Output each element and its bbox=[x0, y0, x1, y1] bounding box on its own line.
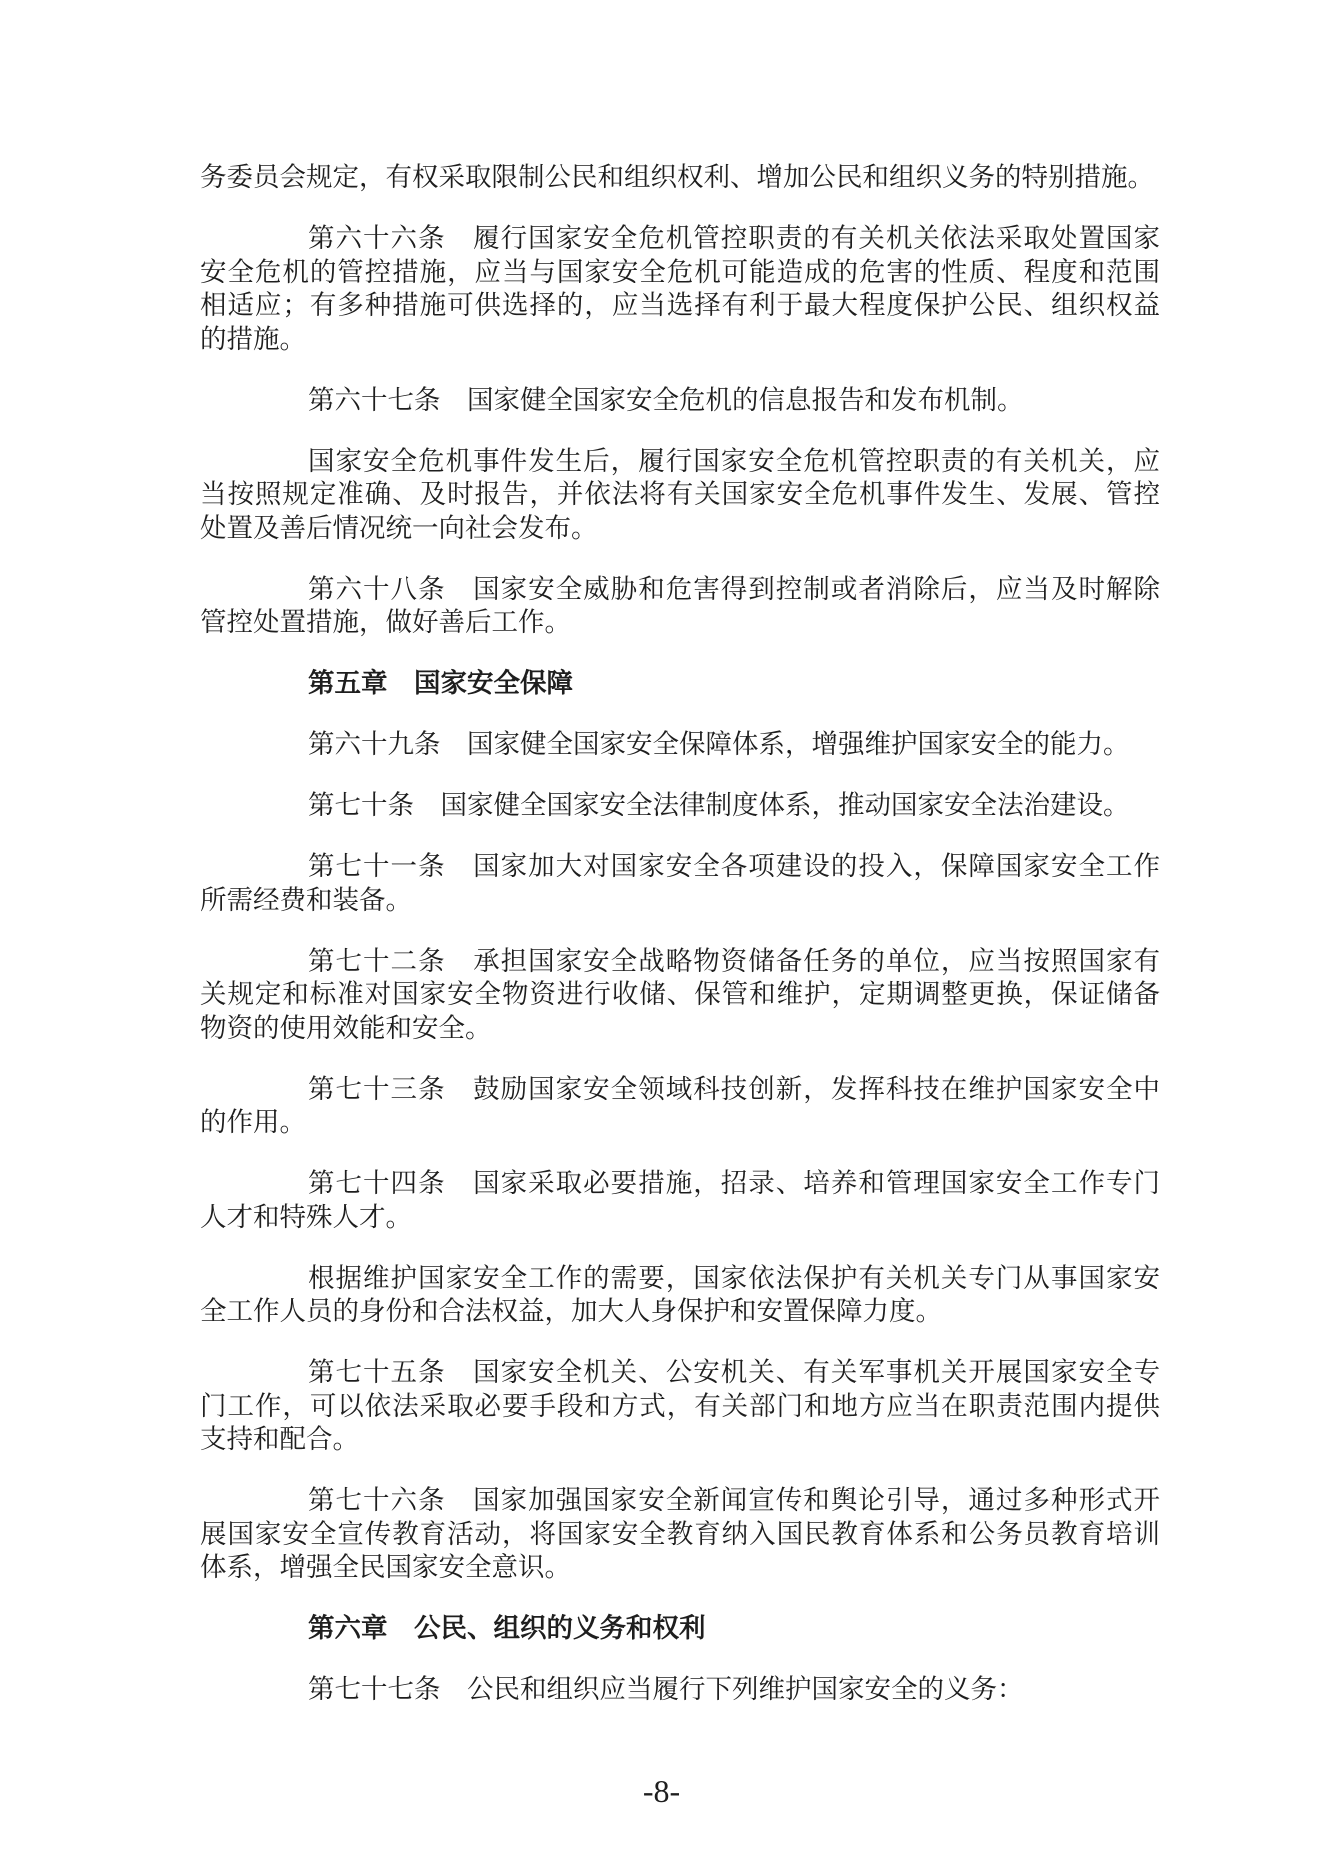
text-line: 展国家安全宣传教育活动，将国家安全教育纳入国民教育体系和公务员教育培训 bbox=[200, 1518, 1160, 1552]
text-line: 第七十四条 国家采取必要措施，招录、培养和管理国家安全工作专门 bbox=[200, 1167, 1160, 1201]
text-line: 人才和特殊人才。 bbox=[200, 1201, 1160, 1235]
paragraph-article-66: 第六十六条 履行国家安全危机管控职责的有关机关依法采取处置国家 安全危机的管控措… bbox=[200, 222, 1160, 356]
text-line: 全工作人员的身份和合法权益，加大人身保护和安置保障力度。 bbox=[200, 1295, 1160, 1329]
paragraph-article-76: 第七十六条 国家加强国家安全新闻宣传和舆论引导，通过多种形式开 展国家安全宣传教… bbox=[200, 1484, 1160, 1585]
text-line: 物资的使用效能和安全。 bbox=[200, 1012, 1160, 1046]
paragraph-article-71: 第七十一条 国家加大对国家安全各项建设的投入，保障国家安全工作 所需经费和装备。 bbox=[200, 850, 1160, 917]
paragraph-article-75: 第七十五条 国家安全机关、公安机关、有关军事机关开展国家安全专 门工作，可以依法… bbox=[200, 1356, 1160, 1457]
text-line: 第七十六条 国家加强国家安全新闻宣传和舆论引导，通过多种形式开 bbox=[200, 1484, 1160, 1518]
paragraph-article-74: 第七十四条 国家采取必要措施，招录、培养和管理国家安全工作专门 人才和特殊人才。 bbox=[200, 1167, 1160, 1234]
text-line: 务委员会规定，有权采取限制公民和组织权利、增加公民和组织义务的特别措施。 bbox=[200, 161, 1160, 195]
chapter-heading-text: 第五章 国家安全保障 bbox=[200, 667, 1160, 701]
text-line: 第七十七条 公民和组织应当履行下列维护国家安全的义务： bbox=[200, 1673, 1160, 1707]
text-line: 的措施。 bbox=[200, 323, 1160, 357]
text-line: 管控处置措施，做好善后工作。 bbox=[200, 606, 1160, 640]
paragraph-article-68: 第六十八条 国家安全威胁和危害得到控制或者消除后，应当及时解除 管控处置措施，做… bbox=[200, 573, 1160, 640]
paragraph-article-67: 第六十七条 国家健全国家安全危机的信息报告和发布机制。 bbox=[200, 384, 1160, 418]
text-line: 第六十六条 履行国家安全危机管控职责的有关机关依法采取处置国家 bbox=[200, 222, 1160, 256]
page-number: -8- bbox=[0, 1772, 1323, 1810]
text-line: 第六十九条 国家健全国家安全保障体系，增强维护国家安全的能力。 bbox=[200, 728, 1160, 762]
chapter-heading-6: 第六章 公民、组织的义务和权利 bbox=[200, 1612, 1160, 1646]
text-line: 支持和配合。 bbox=[200, 1423, 1160, 1457]
text-line: 第七十条 国家健全国家安全法律制度体系，推动国家安全法治建设。 bbox=[200, 789, 1160, 823]
text-line: 国家安全危机事件发生后，履行国家安全危机管控职责的有关机关，应 bbox=[200, 445, 1160, 479]
text-line: 安全危机的管控措施，应当与国家安全危机可能造成的危害的性质、程度和范围 bbox=[200, 256, 1160, 290]
text-line: 当按照规定准确、及时报告，并依法将有关国家安全危机事件发生、发展、管控 bbox=[200, 478, 1160, 512]
text-line: 相适应；有多种措施可供选择的，应当选择有利于最大程度保护公民、组织权益 bbox=[200, 289, 1160, 323]
paragraph-article-77: 第七十七条 公民和组织应当履行下列维护国家安全的义务： bbox=[200, 1673, 1160, 1707]
text-line: 第七十三条 鼓励国家安全领域科技创新，发挥科技在维护国家安全中 bbox=[200, 1073, 1160, 1107]
text-line: 的作用。 bbox=[200, 1106, 1160, 1140]
chapter-heading-text: 第六章 公民、组织的义务和权利 bbox=[200, 1612, 1160, 1646]
paragraph-article-70: 第七十条 国家健全国家安全法律制度体系，推动国家安全法治建设。 bbox=[200, 789, 1160, 823]
document-page: 务委员会规定，有权采取限制公民和组织权利、增加公民和组织义务的特别措施。 第六十… bbox=[0, 0, 1323, 1871]
text-line: 第七十二条 承担国家安全战略物资储备任务的单位，应当按照国家有 bbox=[200, 945, 1160, 979]
text-line: 根据维护国家安全工作的需要，国家依法保护有关机关专门从事国家安 bbox=[200, 1262, 1160, 1296]
text-line: 第七十一条 国家加大对国家安全各项建设的投入，保障国家安全工作 bbox=[200, 850, 1160, 884]
text-line: 处置及善后情况统一向社会发布。 bbox=[200, 512, 1160, 546]
text-line: 关规定和标准对国家安全物资进行收储、保管和维护，定期调整更换，保证储备 bbox=[200, 978, 1160, 1012]
chapter-heading-5: 第五章 国家安全保障 bbox=[200, 667, 1160, 701]
text-line: 所需经费和装备。 bbox=[200, 884, 1160, 918]
paragraph-article-72: 第七十二条 承担国家安全战略物资储备任务的单位，应当按照国家有 关规定和标准对国… bbox=[200, 945, 1160, 1046]
paragraph-article-73: 第七十三条 鼓励国家安全领域科技创新，发挥科技在维护国家安全中 的作用。 bbox=[200, 1073, 1160, 1140]
paragraph-clause: 国家安全危机事件发生后，履行国家安全危机管控职责的有关机关，应 当按照规定准确、… bbox=[200, 445, 1160, 546]
text-line: 第六十八条 国家安全威胁和危害得到控制或者消除后，应当及时解除 bbox=[200, 573, 1160, 607]
paragraph-clause: 根据维护国家安全工作的需要，国家依法保护有关机关专门从事国家安 全工作人员的身份… bbox=[200, 1262, 1160, 1329]
text-line: 第六十七条 国家健全国家安全危机的信息报告和发布机制。 bbox=[200, 384, 1160, 418]
text-line: 门工作，可以依法采取必要手段和方式，有关部门和地方应当在职责范围内提供 bbox=[200, 1390, 1160, 1424]
paragraph: 务委员会规定，有权采取限制公民和组织权利、增加公民和组织义务的特别措施。 bbox=[200, 161, 1160, 195]
document-body: 务委员会规定，有权采取限制公民和组织权利、增加公民和组织义务的特别措施。 第六十… bbox=[200, 161, 1160, 1707]
text-line: 第七十五条 国家安全机关、公安机关、有关军事机关开展国家安全专 bbox=[200, 1356, 1160, 1390]
text-line: 体系，增强全民国家安全意识。 bbox=[200, 1551, 1160, 1585]
paragraph-article-69: 第六十九条 国家健全国家安全保障体系，增强维护国家安全的能力。 bbox=[200, 728, 1160, 762]
